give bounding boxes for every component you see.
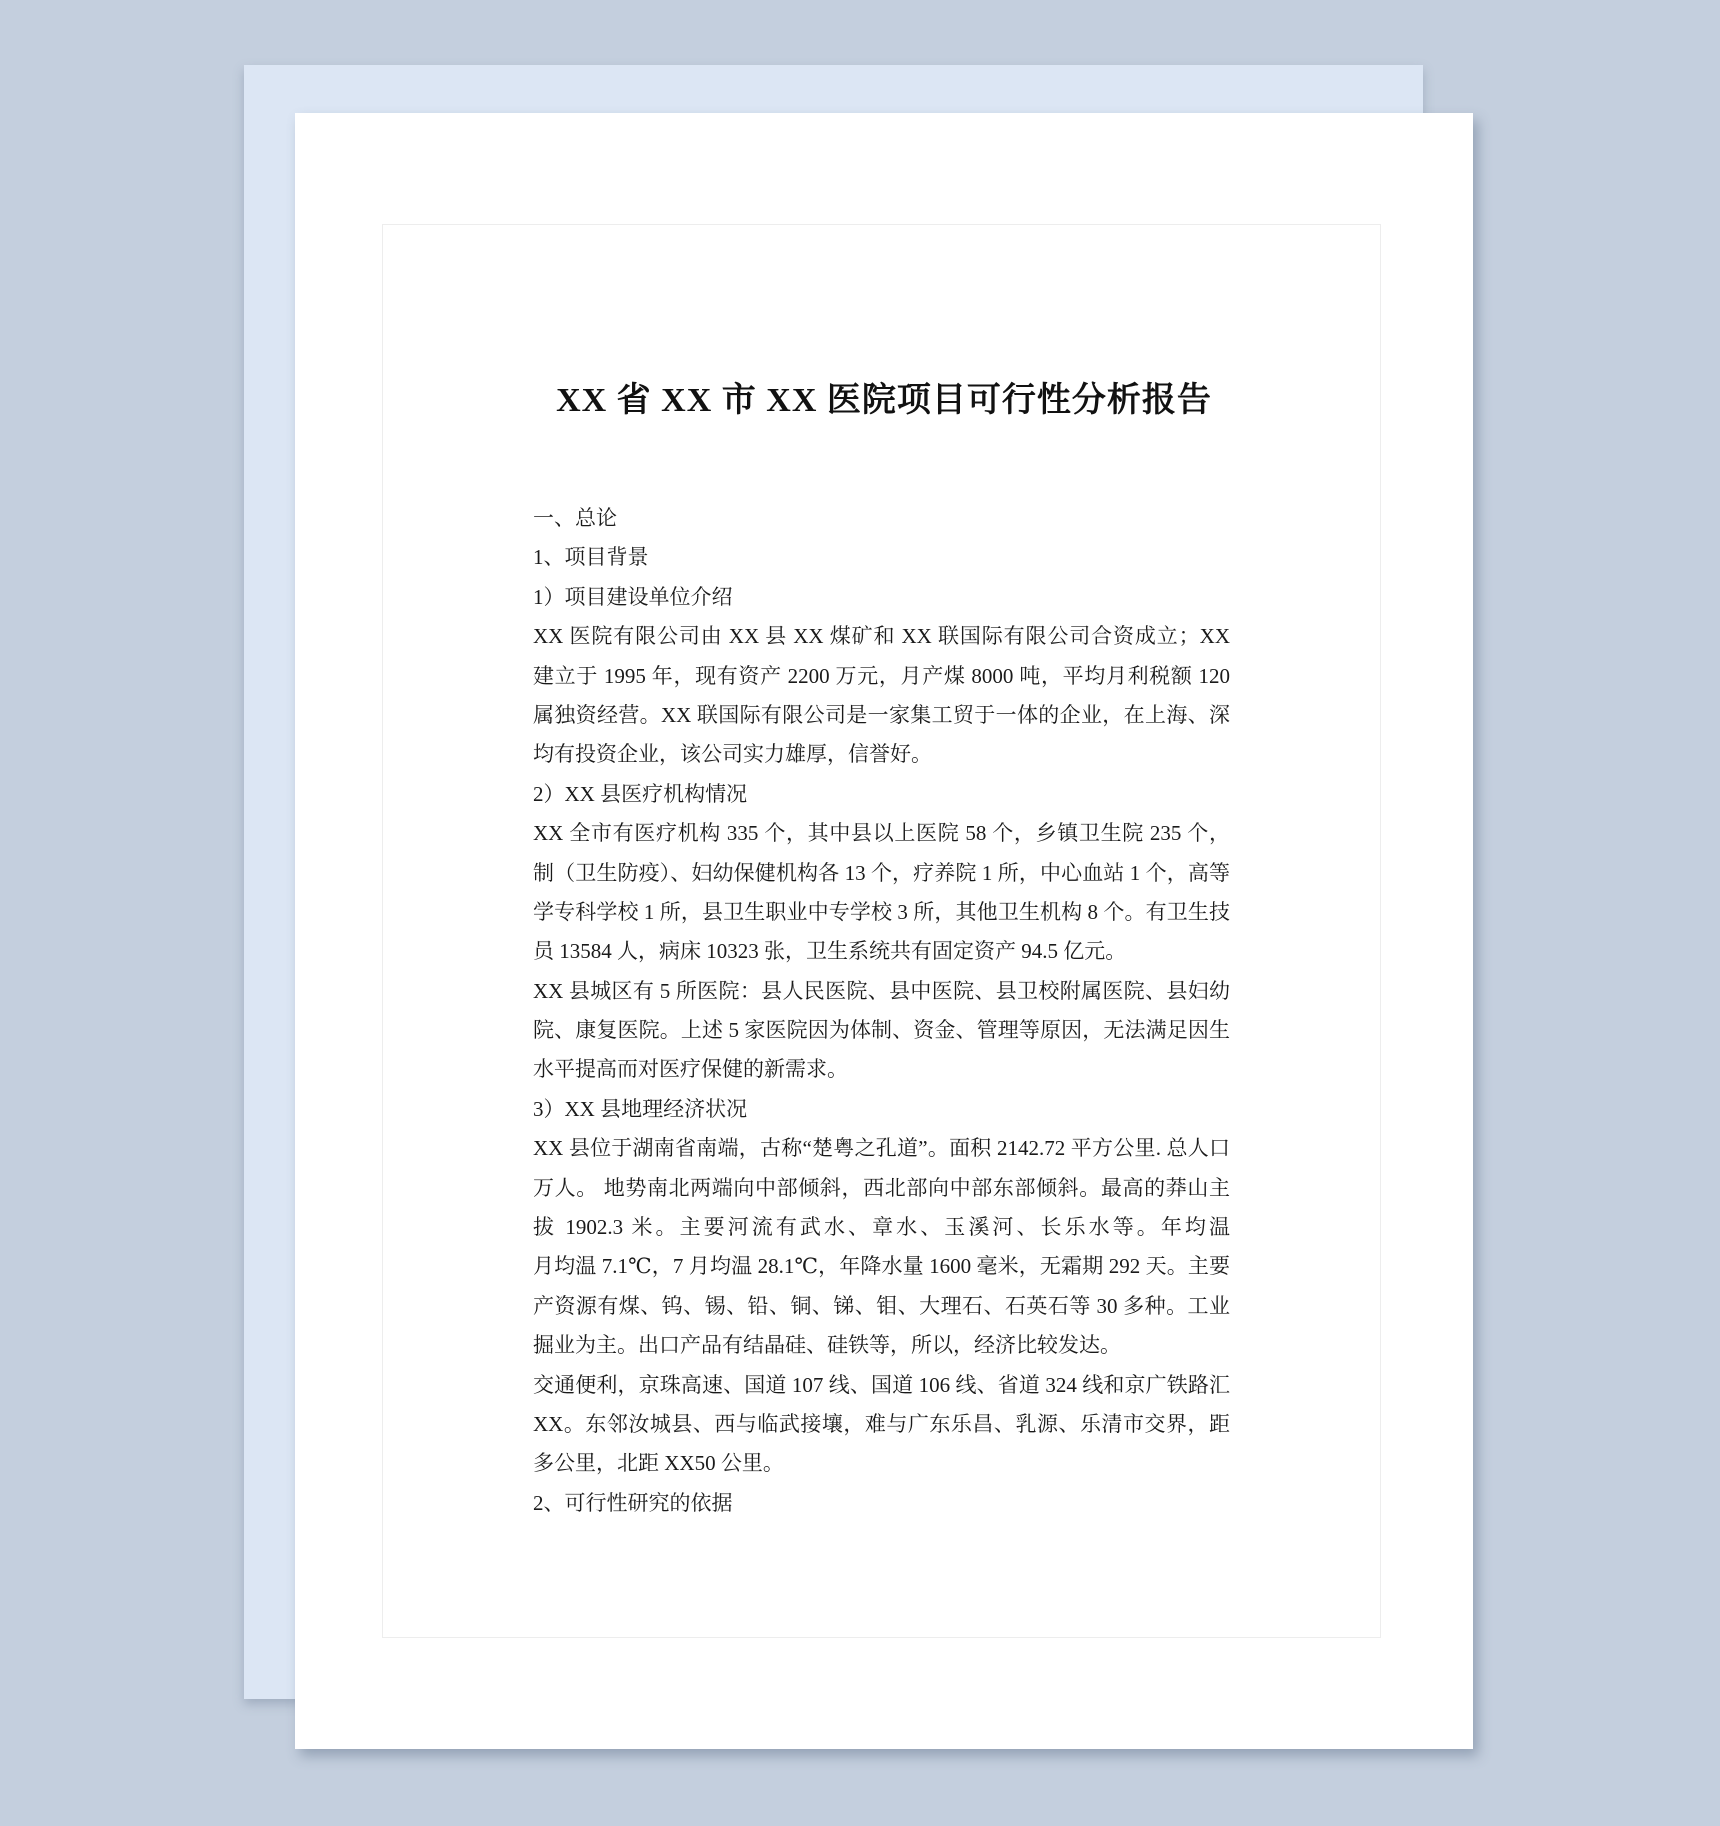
document-line: 多公里，北距 XX50 公里。 bbox=[533, 1444, 1230, 1483]
document-line: 3）XX 县地理经济状况 bbox=[533, 1090, 1230, 1129]
document-line: 院、康复医院。上述 5 家医院因为体制、资金、管理等原因，无法满足因生活 bbox=[533, 1011, 1230, 1050]
document-line: 员 13584 人，病床 10323 张，卫生系统共有固定资产 94.5 亿元。 bbox=[533, 932, 1230, 971]
document-line: 万人。 地势南北两端向中部倾斜，西北部向中部东部倾斜。最高的莽山主峰海 bbox=[533, 1169, 1230, 1208]
document-line: 制（卫生防疫）、妇幼保健机构各 13 个，疗养院 1 所，中心血站 1 个，高等… bbox=[533, 854, 1230, 893]
document-line: XX 县位于湖南省南端，古称“楚粤之孔道”。面积 2142.72 平方公里. 总… bbox=[533, 1129, 1230, 1168]
document-line: 一、总论 bbox=[533, 499, 1230, 538]
document-line: 属独资经营。XX 联国际有限公司是一家集工贸于一体的企业，在上海、深圳、XX bbox=[533, 696, 1230, 735]
document-line: XX 医院有限公司由 XX 县 XX 煤矿和 XX 联国际有限公司合资成立；XX… bbox=[533, 617, 1230, 656]
document-line: 2、可行性研究的依据 bbox=[533, 1484, 1230, 1523]
document-line: 拔 1902.3 米。主要河流有武水、章水、玉溪河、长乐水等。年均温 18.3℃… bbox=[533, 1208, 1230, 1247]
document-line: XX 县城区有 5 所医院：县人民医院、县中医院、县卫校附属医院、县妇幼保健 bbox=[533, 972, 1230, 1011]
document-line: 交通便利，京珠高速、国道 107 线、国道 106 线、省道 324 线和京广铁… bbox=[533, 1366, 1230, 1405]
document-line: 水平提高而对医疗保健的新需求。 bbox=[533, 1050, 1230, 1089]
document-body: 一、总论 1、项目背景 1）项目建设单位介绍 XX 医院有限公司由 XX 县 X… bbox=[533, 499, 1230, 1523]
document-line: 1）项目建设单位介绍 bbox=[533, 578, 1230, 617]
document-line: XX。东邻汝城县、西与临武接壤，难与广东乐昌、乳源、乐清市交界，距广州 300 bbox=[533, 1405, 1230, 1444]
document-line: 2）XX 县医疗机构情况 bbox=[533, 775, 1230, 814]
document-line: 月均温 7.1℃，7 月均温 28.1℃，年降水量 1600 毫米，无霜期 29… bbox=[533, 1247, 1230, 1286]
document-line: 1、项目背景 bbox=[533, 538, 1230, 577]
document-line: 均有投资企业，该公司实力雄厚，信誉好。 bbox=[533, 735, 1230, 774]
document-line: 产资源有煤、钨、锡、铅、铜、锑、钼、大理石、石英石等 30 多种。工业以采 bbox=[533, 1287, 1230, 1326]
document-line: 掘业为主。出口产品有结晶硅、硅铁等，所以，经济比较发达。 bbox=[533, 1326, 1230, 1365]
canvas-background: { "colors": { "background": "#c4cfde", "… bbox=[0, 0, 1720, 1826]
document-line: XX 全市有医疗机构 335 个，其中县以上医院 58 个，乡镇卫生院 235 … bbox=[533, 814, 1230, 853]
document-line: 建立于 1995 年，现有资产 2200 万元，月产煤 8000 吨，平均月利税… bbox=[533, 657, 1230, 696]
document-title: XX 省 XX 市 XX 医院项目可行性分析报告 bbox=[475, 381, 1293, 422]
document-page: XX 省 XX 市 XX 医院项目可行性分析报告 一、总论 1、项目背景 1）项… bbox=[295, 113, 1473, 1749]
document-line: 学专科学校 1 所，县卫生职业中专学校 3 所，其他卫生机构 8 个。有卫生技术… bbox=[533, 893, 1230, 932]
